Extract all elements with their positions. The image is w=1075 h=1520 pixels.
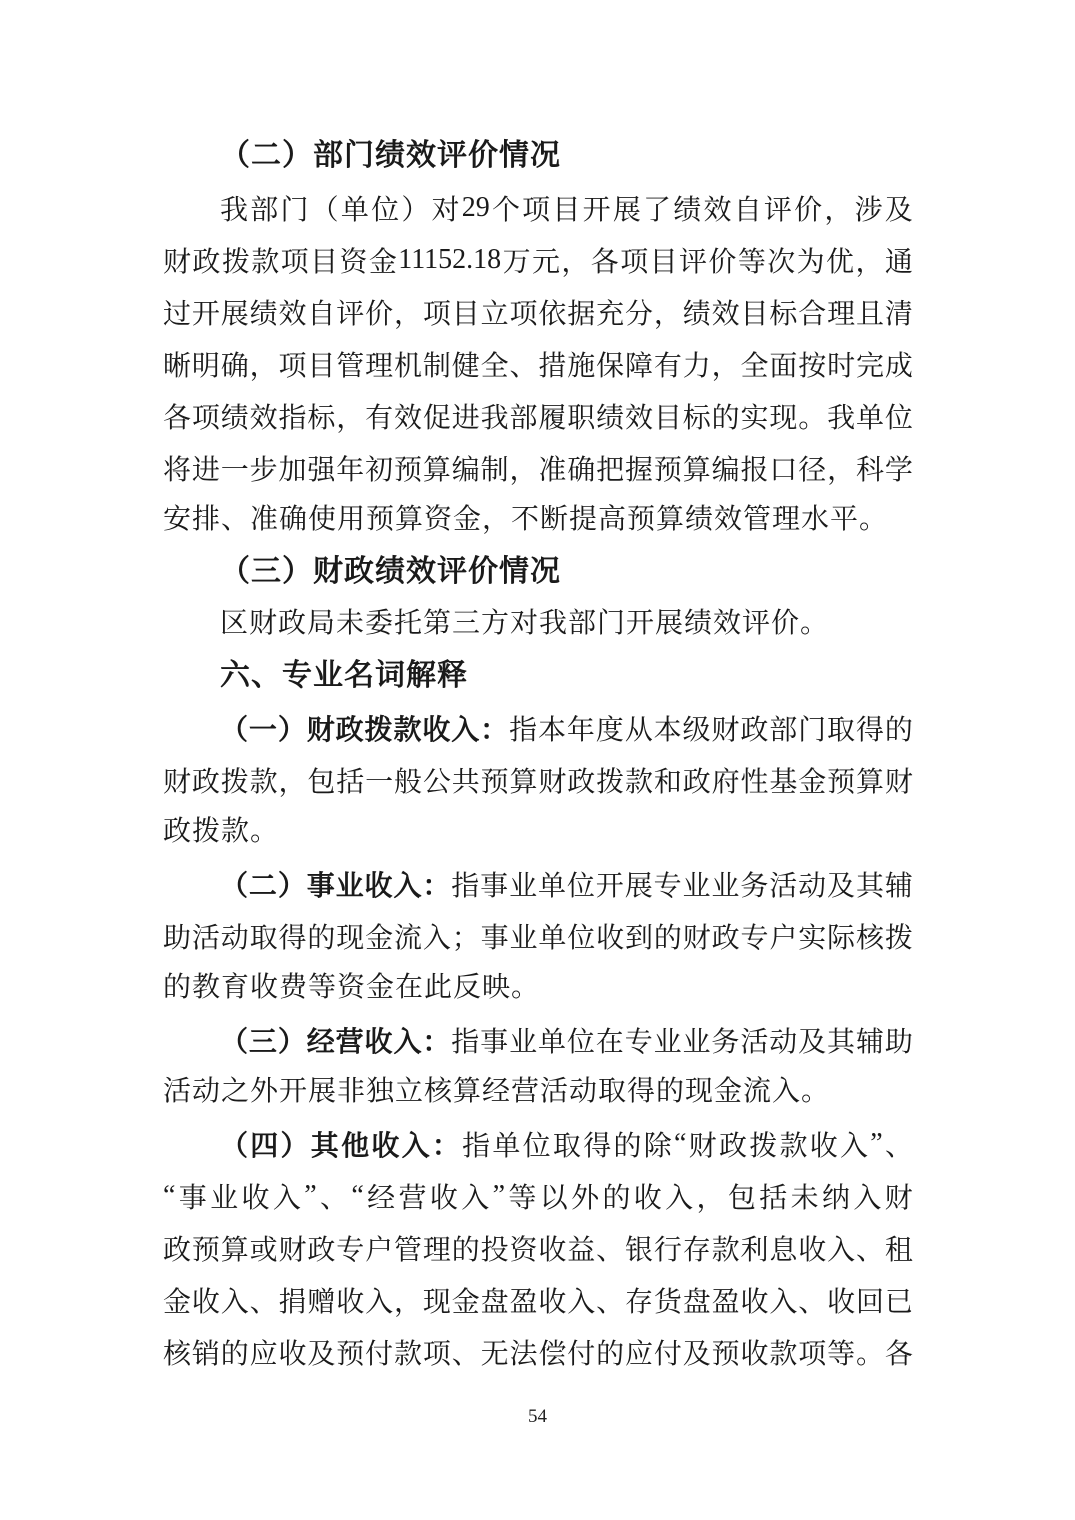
text-token: 位 (567, 916, 595, 956)
text-token: 专 (654, 864, 682, 904)
text-token: 财 (683, 916, 711, 956)
text-token: 年 (567, 708, 595, 748)
body-text-line: （四）其他收入：指单位取得的除“财政拨款收入”、 (163, 1118, 913, 1170)
text-token: 收 (430, 1176, 458, 1216)
text-token: 立 (481, 292, 509, 332)
text-token: 面 (769, 344, 797, 384)
text-token: 据 (567, 292, 595, 332)
text-token: 活 (769, 864, 797, 904)
text-token: 健 (452, 344, 480, 384)
text-token: 到 (625, 916, 653, 956)
text-token: 的 (307, 916, 335, 956)
text-token: 涉 (855, 188, 883, 228)
text-token: 已 (885, 1280, 913, 1320)
text-token: 障 (625, 344, 653, 384)
text-token: 及 (307, 1332, 335, 1372)
text-token: 存 (625, 1280, 653, 1320)
text-token: ： (422, 864, 450, 904)
text-token: （ (220, 864, 248, 904)
text-token: 款 (393, 708, 421, 748)
text-token: 及 (683, 1332, 711, 1372)
text-token: 。 (798, 396, 826, 436)
text-token: 金 (163, 1280, 191, 1320)
text-token: 款 (769, 1332, 797, 1372)
text-token: 入 (423, 916, 451, 956)
text-token: 项 (798, 1332, 826, 1372)
text-token: 财 (538, 760, 566, 800)
text-token: 未 (791, 1176, 819, 1216)
text-token: 入 (461, 1176, 489, 1216)
text-token: 、 (510, 344, 538, 384)
text-token: 机 (394, 344, 422, 384)
document-page: （二）部门绩效评价情况我部门（单位）对29个项目开展了绩效自评价，涉及财政拨款项… (0, 0, 1075, 1520)
text-token: 算 (683, 448, 711, 488)
text-token: 科 (856, 448, 884, 488)
text-token: 现 (423, 1280, 451, 1320)
text-token: 履 (538, 396, 566, 436)
text-token: 辅 (885, 864, 913, 904)
text-token: 捐 (279, 1280, 307, 1320)
text-token: 促 (423, 396, 451, 436)
text-token: 入 (221, 1280, 249, 1320)
text-token: 年 (336, 448, 364, 488)
body-text-line: 活动之外开展非独立核算经营活动取得的现金流入。 (163, 1066, 913, 1118)
text-token: ） (278, 1020, 306, 1060)
text-token: 展 (221, 292, 249, 332)
text-token: 握 (625, 448, 653, 488)
text-token: 款 (250, 760, 278, 800)
text-token: 业 (683, 864, 711, 904)
text-token: 个 (492, 188, 520, 228)
text-token: 的 (596, 1332, 624, 1372)
body-text-line: （一）财政拨款收入：指本年度从本级财政部门取得的 (163, 702, 913, 754)
text-token: 财 (163, 240, 191, 280)
text-token: 入 (840, 1124, 868, 1164)
body-text-line: “事业收入”、“经营收入”等以外的收入，包括未纳入财 (163, 1170, 913, 1222)
text-token: 预 (394, 448, 422, 488)
text-token: 拨 (885, 916, 913, 956)
text-token: 益 (567, 1228, 595, 1268)
text-token: 收 (634, 1176, 662, 1216)
body-text-line: 区财政局未委托第三方对我部门开展绩效评价。 (163, 598, 913, 650)
text-token: 项 (510, 292, 538, 332)
text-token: 且 (856, 292, 884, 332)
text-token: 在 (596, 1020, 624, 1060)
section-heading: （三）财政绩效评价情况 (163, 546, 913, 598)
text-token: ） (281, 1124, 309, 1164)
text-token: 有 (654, 344, 682, 384)
text-token: 预 (654, 448, 682, 488)
text-token: 算 (856, 760, 884, 800)
text-token: 我 (220, 188, 248, 228)
text-token: 款 (394, 1332, 422, 1372)
text-token: 收 (810, 1124, 838, 1164)
text-token: 效 (394, 396, 422, 436)
text-token: 指 (451, 1020, 479, 1060)
text-token: 经 (367, 1176, 395, 1216)
text-token: 充 (596, 292, 624, 332)
text-token: 二 (249, 864, 277, 904)
text-token: 财 (307, 708, 335, 748)
text-token: 核 (163, 1332, 191, 1372)
text-token: 评 (336, 292, 364, 332)
text-token: 行 (654, 1228, 682, 1268)
text-token: 效 (279, 292, 307, 332)
text-token: 效 (625, 396, 653, 436)
text-token: 项 (279, 344, 307, 384)
text-token: 及 (798, 1020, 826, 1060)
text-token: 评 (764, 188, 792, 228)
text-token: 项 (522, 188, 550, 228)
text-token: 财 (689, 1124, 717, 1164)
text-token: 指 (462, 1124, 490, 1164)
body-text-line: 的教育收费等资金在此反映。 (163, 962, 913, 1014)
text-token: 收 (192, 1280, 220, 1320)
text-token: 项 (620, 240, 648, 280)
text-token: 入 (567, 1280, 595, 1320)
text-token: 位 (885, 396, 913, 436)
text-token: 等 (508, 1176, 536, 1216)
text-token: ， (561, 240, 589, 280)
text-token: 其 (856, 864, 884, 904)
text-token: 收 (365, 1020, 393, 1060)
body-text-line: 安排、准确使用预算资金，不断提高预算绩效管理水平。 (163, 494, 913, 546)
text-token: 流 (394, 916, 422, 956)
text-token: 效 (703, 188, 731, 228)
text-token: 、 (856, 1228, 884, 1268)
text-token: 编 (712, 448, 740, 488)
text-token: 进 (192, 448, 220, 488)
text-token: 得 (279, 916, 307, 956)
text-token: ， (855, 240, 883, 280)
text-token: 专 (625, 1020, 653, 1060)
text-token: 、 (798, 1280, 826, 1320)
text-token: 项 (423, 1332, 451, 1372)
body-text-line: （二）事业收入：指事业单位开展专业业务活动及其辅 (163, 858, 913, 910)
text-token: 位 (523, 1124, 551, 1164)
text-token: ， (654, 292, 682, 332)
text-token: 入 (393, 864, 421, 904)
text-token: 营 (336, 1020, 364, 1060)
text-token: 职 (567, 396, 595, 436)
text-token: 取 (250, 916, 278, 956)
text-token: 回 (856, 1280, 884, 1320)
text-token: 明 (192, 344, 220, 384)
text-token: 营 (399, 1176, 427, 1216)
text-token: “ (163, 1180, 175, 1212)
text-token: ， (336, 396, 364, 436)
text-token: 收 (538, 1228, 566, 1268)
body-text-line: 核销的应收及预付款项、无法偿付的应付及预收款项等。各 (163, 1326, 913, 1378)
text-token: 政 (192, 240, 220, 280)
text-token: 助 (885, 1020, 913, 1060)
text-token: 确 (567, 448, 595, 488)
text-token: 展 (625, 864, 653, 904)
body-text-line: 将进一步加强年初预算编制，准确把握预算编报口径，科学 (163, 442, 913, 494)
text-token: 报 (741, 448, 769, 488)
text-token: 现 (769, 396, 797, 436)
text-token: 学 (885, 448, 913, 488)
text-token: ： (480, 708, 508, 748)
text-token: 的 (654, 916, 682, 956)
text-token: ， (279, 760, 307, 800)
text-token: 业 (210, 1176, 238, 1216)
text-token: 的 (613, 1124, 641, 1164)
text-token: 元 (532, 240, 560, 280)
text-token: ” (304, 1180, 316, 1212)
text-token: 事 (307, 864, 335, 904)
text-token: 位 (567, 1020, 595, 1060)
text-token: 部 (250, 188, 278, 228)
text-token: 目 (452, 292, 480, 332)
text-token: 项 (281, 240, 309, 280)
text-token: 盈 (712, 1280, 740, 1320)
text-token: 付 (567, 1332, 595, 1372)
body-text-line: （三）经营收入：指事业单位在专业业务活动及其辅助 (163, 1014, 913, 1066)
text-token: 银 (625, 1228, 653, 1268)
section-heading: （二）部门绩效评价情况 (163, 130, 913, 182)
chapter-heading: 六、专业名词解释 (163, 650, 913, 702)
text-token: 径 (798, 448, 826, 488)
text-token: 位 (567, 864, 595, 904)
text-token: 财 (885, 1176, 913, 1216)
text-token: 合 (798, 292, 826, 332)
text-token: 存 (683, 1228, 711, 1268)
text-token: 绩 (596, 396, 624, 436)
text-token: 的 (602, 1176, 630, 1216)
text-token: 入 (393, 1020, 421, 1060)
text-token: 、 (452, 1332, 480, 1372)
text-token: 位 (371, 188, 399, 228)
text-token: 收 (242, 1176, 270, 1216)
text-token: 款 (779, 1124, 807, 1164)
text-token: 部 (769, 708, 797, 748)
text-token: 政 (163, 1228, 191, 1268)
text-token: 单 (492, 1124, 520, 1164)
text-token: 管 (336, 344, 364, 384)
text-token: （ (311, 188, 339, 228)
text-token: 目 (552, 188, 580, 228)
text-token: 活 (192, 916, 220, 956)
text-token: 货 (654, 1280, 682, 1320)
text-token: 目 (310, 240, 338, 280)
text-token: 三 (249, 1020, 277, 1060)
text-token: 以 (540, 1176, 568, 1216)
text-token: 价 (708, 240, 736, 280)
text-token: 财 (163, 760, 191, 800)
text-token: 措 (538, 344, 566, 384)
text-token: ） (401, 188, 429, 228)
text-token: ） (278, 708, 306, 748)
text-token: 绩 (683, 292, 711, 332)
text-token: 编 (452, 448, 480, 488)
text-token: 预 (827, 760, 855, 800)
text-token: 付 (365, 1332, 393, 1372)
text-token: 得 (583, 1124, 611, 1164)
text-token: 部 (510, 396, 538, 436)
text-token: 拨 (365, 708, 393, 748)
text-token: 效 (250, 396, 278, 436)
text-token: 款 (251, 240, 279, 280)
text-token: 政 (740, 708, 768, 748)
text-token: 入 (827, 1228, 855, 1268)
text-segment: 活动之外开展非独立核算经营活动取得的现金流入。 (163, 1076, 830, 1107)
text-token: 专 (336, 1228, 364, 1268)
text-token: “ (674, 1128, 686, 1160)
text-token: 预 (481, 760, 509, 800)
text-token: 业 (654, 1020, 682, 1060)
text-token: 财 (885, 760, 913, 800)
text-token: 赠 (307, 1280, 335, 1320)
text-token: 理 (365, 344, 393, 384)
text-token: 实 (741, 396, 769, 436)
text-token: 完 (856, 344, 884, 384)
text-token: 标 (683, 396, 711, 436)
text-token: 入 (273, 1176, 301, 1216)
text-token: 力 (683, 344, 711, 384)
text-token: 时 (827, 344, 855, 384)
text-token: 金 (365, 916, 393, 956)
text-token: 价 (365, 292, 393, 332)
text-token: 政 (719, 1124, 747, 1164)
text-token: 过 (163, 292, 191, 332)
text-token: 通 (885, 240, 913, 280)
text-token: 资 (510, 1228, 538, 1268)
text-token: 次 (767, 240, 795, 280)
text-token: 收 (365, 864, 393, 904)
text-token: 动 (769, 1020, 797, 1060)
text-token: 政 (307, 1228, 335, 1268)
text-token: 强 (307, 448, 335, 488)
text-token: 核 (856, 916, 884, 956)
text-token: 销 (192, 1332, 220, 1372)
text-segment: （三）财政绩效评价情况 (220, 555, 561, 588)
text-token: 无 (481, 1332, 509, 1372)
text-token: ” (870, 1128, 882, 1160)
text-token: 进 (452, 396, 480, 436)
text-token: ” (493, 1180, 505, 1212)
body-text-line: 晰明确，项目管理机制健全、措施保障有力，全面按时完成 (163, 338, 913, 390)
text-token: 门 (280, 188, 308, 228)
text-token: 成 (885, 344, 913, 384)
text-token: 纳 (822, 1176, 850, 1216)
text-token: ， (394, 292, 422, 332)
body-text-line: 过开展绩效自评价，项目立项依据充分，绩效目标合理且清 (163, 286, 913, 338)
text-token: 资 (339, 240, 367, 280)
text-token: 门 (798, 708, 826, 748)
text-token: 收 (371, 1124, 399, 1164)
text-token: 效 (712, 292, 740, 332)
text-token: 收 (279, 1332, 307, 1372)
text-token: 应 (250, 1332, 278, 1372)
text-token: 入 (365, 1280, 393, 1320)
text-token: 政 (683, 760, 711, 800)
text-token: 的 (221, 1332, 249, 1372)
text-token: 绩 (250, 292, 278, 332)
text-token: 29 (462, 192, 490, 224)
text-token: 利 (741, 1228, 769, 1268)
text-token: 经 (307, 1020, 335, 1060)
text-token: 般 (394, 760, 422, 800)
text-token: 本 (654, 708, 682, 748)
text-token: 项 (192, 396, 220, 436)
text-token: 制 (423, 344, 451, 384)
text-token: 业 (683, 1020, 711, 1060)
text-token: 金 (369, 240, 397, 280)
text-token: 标 (307, 396, 335, 436)
text-token: 收 (336, 1280, 364, 1320)
text-token: 收 (798, 1228, 826, 1268)
text-token: 入 (853, 1176, 881, 1216)
text-token: 将 (163, 448, 191, 488)
text-token: 其 (311, 1124, 339, 1164)
text-token: （ (220, 708, 248, 748)
text-token: 度 (596, 708, 624, 748)
text-token: （ (220, 1124, 248, 1164)
text-token: 或 (250, 1228, 278, 1268)
text-token: 四 (250, 1124, 278, 1164)
text-token: 业 (711, 864, 739, 904)
text-token: 事 (179, 1176, 207, 1216)
text-token: 府 (712, 760, 740, 800)
text-token: 、 (596, 1280, 624, 1320)
text-token: 事 (480, 1020, 508, 1060)
text-token: 财 (711, 708, 739, 748)
text-token: 收 (538, 1280, 566, 1320)
text-token: 级 (683, 708, 711, 748)
text-token: ， (394, 1280, 422, 1320)
text-token: ： (422, 1020, 450, 1060)
text-token: 我 (481, 396, 509, 436)
text-token: 除 (644, 1124, 672, 1164)
text-token: 全 (741, 344, 769, 384)
text-token: 括 (336, 760, 364, 800)
text-token: 绩 (221, 396, 249, 436)
text-token: 付 (654, 1332, 682, 1372)
text-token: 、 (596, 1228, 624, 1268)
text-token: 把 (596, 448, 624, 488)
text-token: 法 (510, 1332, 538, 1372)
text-token: 我 (827, 396, 855, 436)
body-text-line: 财政拨款项目资金11152.18万元，各项目评价等次为优，通 (163, 234, 913, 286)
text-token: 清 (885, 292, 913, 332)
text-token: 单 (538, 1020, 566, 1060)
text-token: 他 (341, 1124, 369, 1164)
text-token: ， (697, 1176, 725, 1216)
text-token: 开 (596, 864, 624, 904)
text-token: 为 (797, 240, 825, 280)
text-token: （ (220, 1020, 248, 1060)
text-token: 租 (885, 1228, 913, 1268)
text-token: 开 (192, 292, 220, 332)
text-token: 指 (279, 396, 307, 436)
text-token: 收 (422, 708, 450, 748)
text-token: ： (432, 1124, 460, 1164)
text-token: 实 (798, 916, 826, 956)
text-token: 盈 (510, 1280, 538, 1320)
text-token: 入 (402, 1124, 430, 1164)
text-token: 万 (503, 240, 531, 280)
body-text-line: 各项绩效指标，有效促进我部履职绩效目标的实现。我单位 (163, 390, 913, 442)
text-token: 业 (510, 916, 538, 956)
text-token: 初 (365, 448, 393, 488)
text-token: 评 (679, 240, 707, 280)
text-token: 目 (650, 240, 678, 280)
text-segment: 的教育收费等资金在此反映。 (163, 972, 540, 1003)
text-token: 户 (365, 1228, 393, 1268)
text-token: 一 (249, 708, 277, 748)
text-token: 事 (481, 916, 509, 956)
